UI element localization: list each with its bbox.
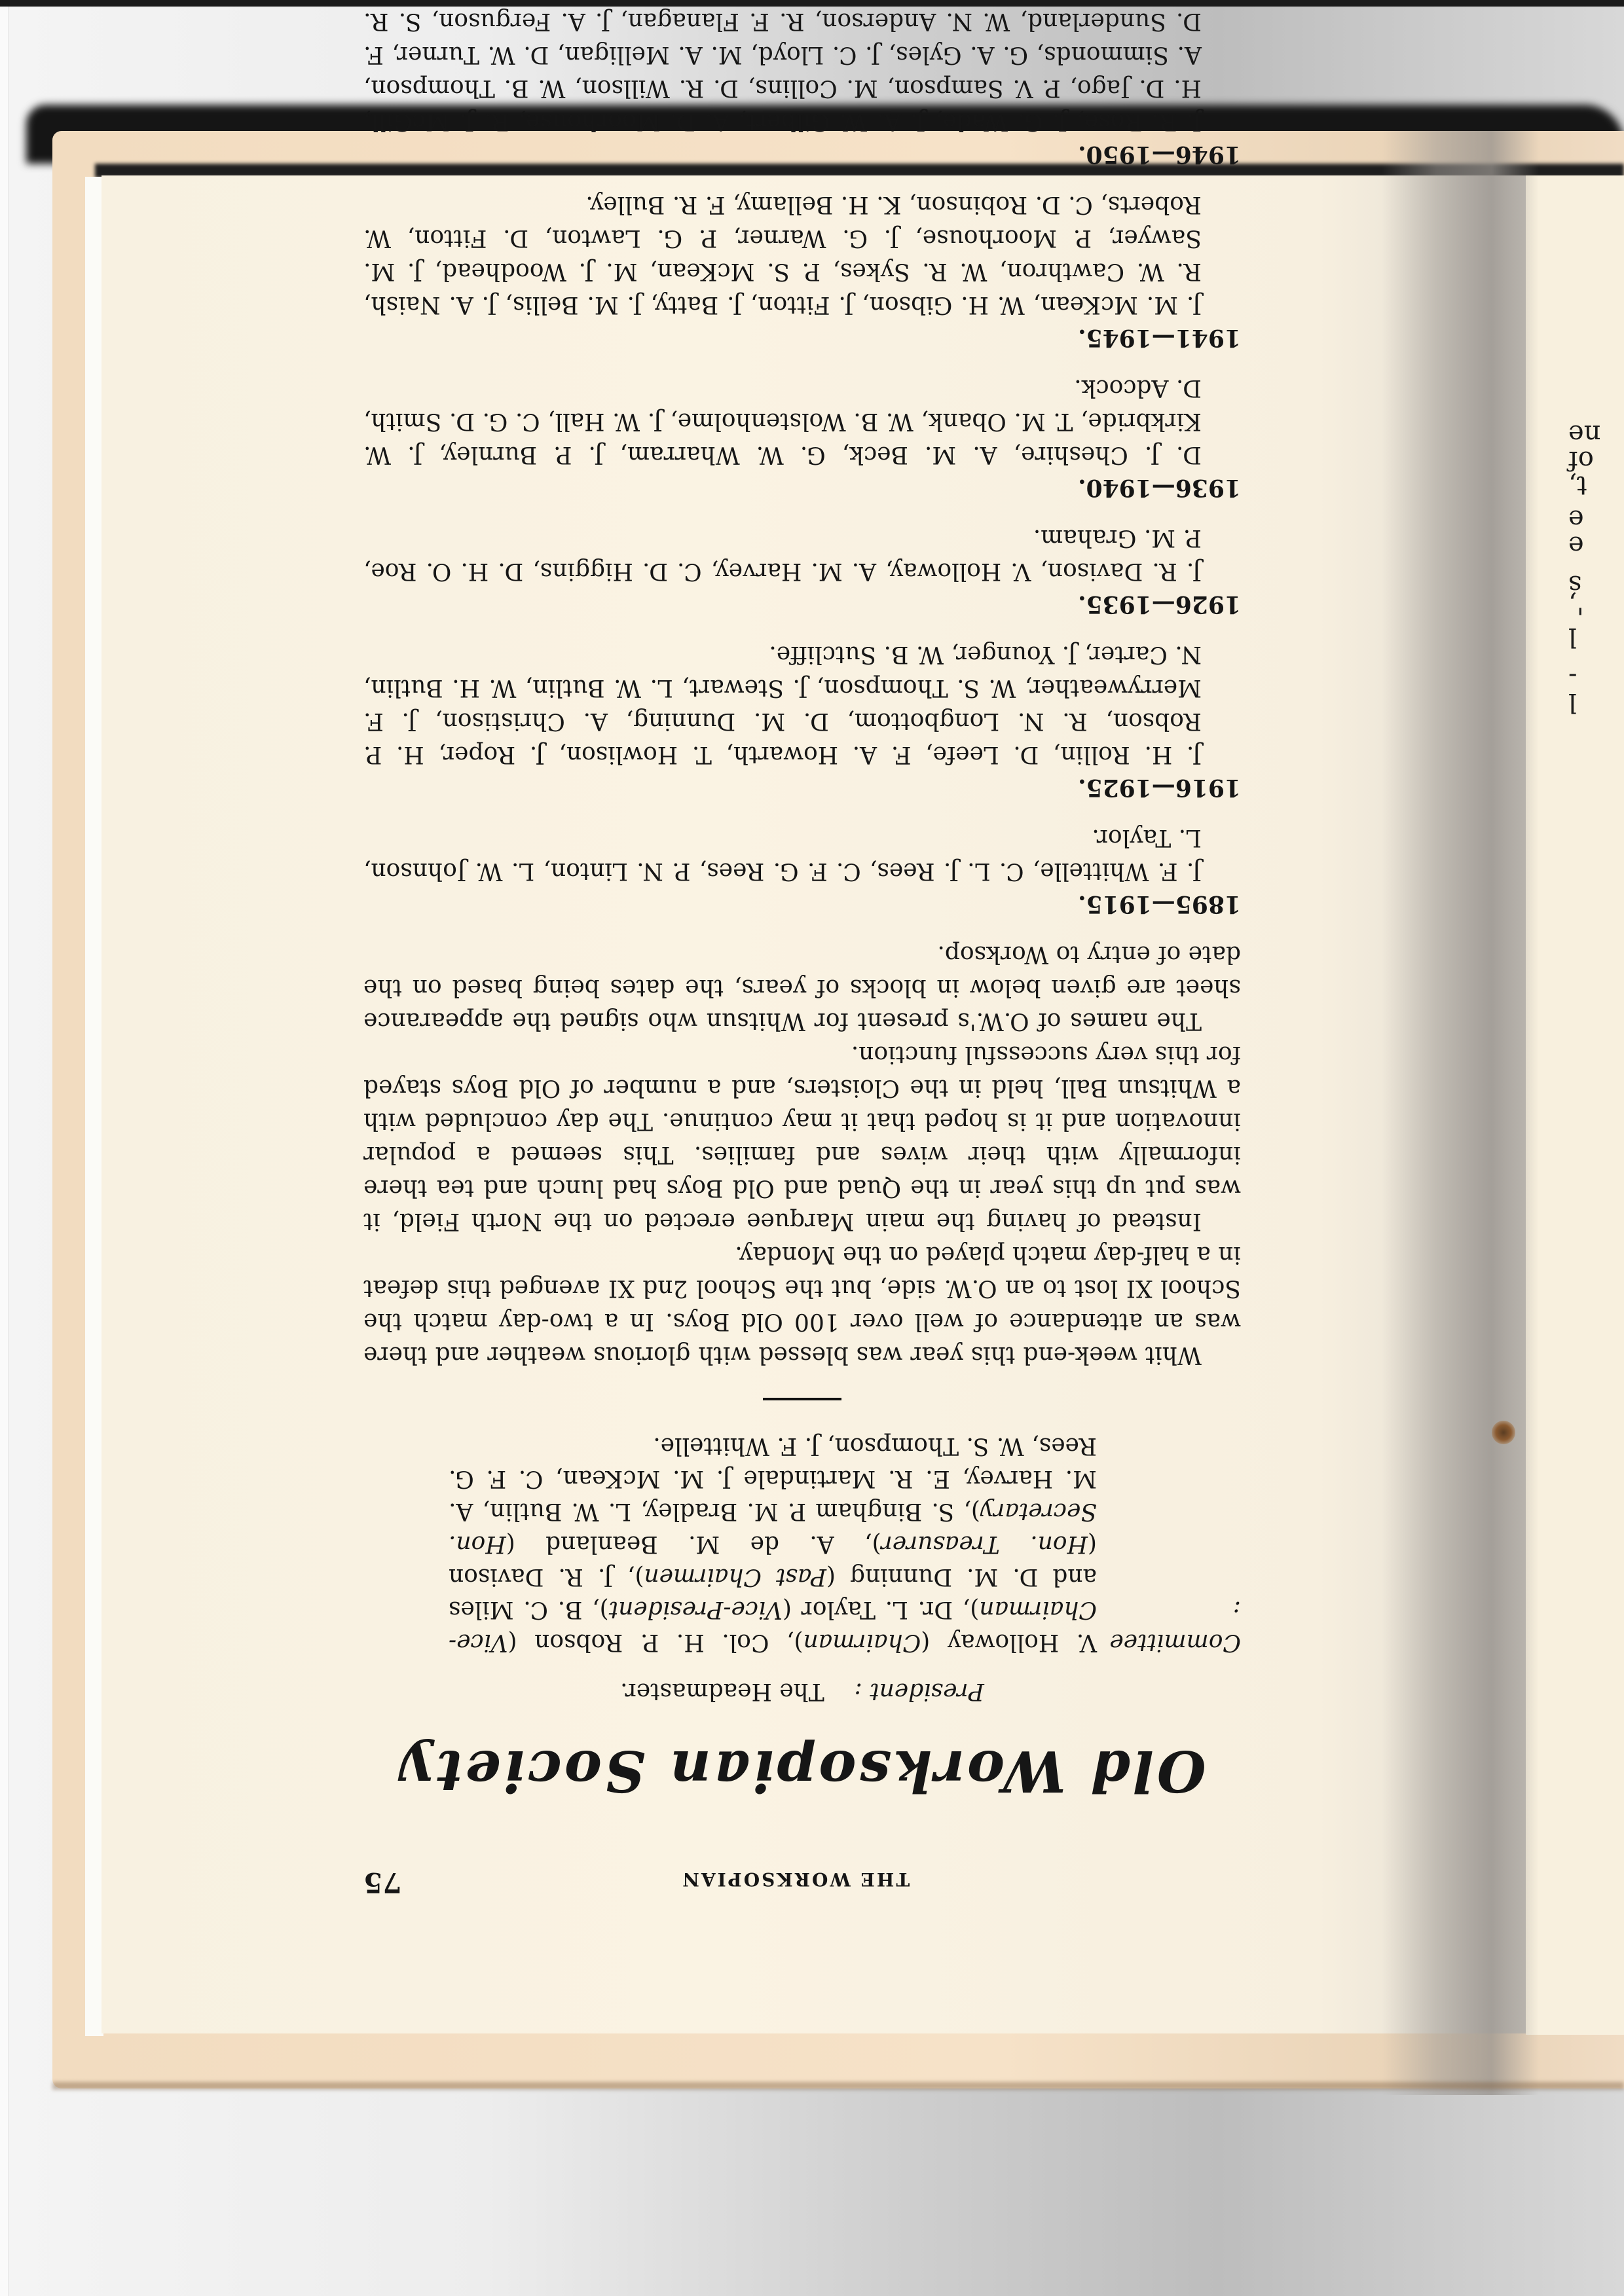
facing-page-fragment: l (1568, 622, 1577, 652)
paragraph-whit-weekend: Whit week-end this year was blessed with… (363, 1238, 1241, 1372)
year-block-names: J. F. Whittelle, C. L. J. Rees, C. F. G.… (363, 821, 1241, 888)
facing-page-fragment: ', (1568, 589, 1584, 619)
scanner-left-edge (0, 7, 9, 2296)
year-block-heading: 1926—1935. (363, 588, 1241, 621)
running-head: THE WORKSOPIAN 75 (363, 1867, 1241, 1899)
year-block-heading: 1941—1945. (363, 321, 1241, 354)
year-block-names: J. M. McKean, W. H. Gibson, J. Fitton, J… (363, 188, 1241, 321)
president-line: President : The Headmaster. (363, 1678, 1241, 1705)
article-title: Old Worksopian Society (363, 1738, 1241, 1804)
section-divider (763, 1398, 841, 1400)
president-label: President : (855, 1678, 984, 1705)
facing-page-fragment: e (1568, 530, 1584, 560)
paper-stain (1492, 1421, 1515, 1444)
year-block-names: J. R. Davison, V. Holloway, A. M. Harvey… (363, 521, 1241, 588)
year-block-heading: 1895—1915. (363, 888, 1241, 920)
year-block-heading: 1916—1925. (363, 771, 1241, 804)
committee-label: Committee : (1097, 1429, 1241, 1658)
cover-bottom-shadow (52, 2082, 1624, 2090)
paragraph-names-intro: The names of O.W.'s present for Whitsun … (363, 938, 1241, 1038)
year-block-heading: 1936—1940. (363, 471, 1241, 504)
year-block-names: J. H. Rollin, D. Leefe, F. A. Howarth, T… (363, 638, 1241, 771)
publication-title: THE WORKSOPIAN (401, 1868, 1189, 1890)
year-block-names: J. R. Rose, J. G. Wade, J. A. W. Gilbert… (363, 0, 1241, 138)
year-block-heading: 1946—1950. (363, 138, 1241, 171)
page-number: 75 (363, 1867, 401, 1899)
page-content: THE WORKSOPIAN 75 Old Worksopian Society… (363, 386, 1241, 1899)
page-edge-highlight (85, 177, 103, 2036)
paragraph-marquee: Instead of having the main Marquee erect… (363, 1038, 1241, 1238)
committee-members: V. Holloway (Chairman), Col. H. P. Robso… (363, 1429, 1097, 1658)
year-block-names: D. J. Cheshire, A. M. Beck, G. W. Wharra… (363, 371, 1241, 471)
president-value: The Headmaster. (620, 1678, 824, 1705)
facing-page-fragment: l (1568, 687, 1577, 718)
facing-page-fragment: t, (1568, 470, 1587, 500)
committee-list: Committee : V. Holloway (Chairman), Col.… (363, 1429, 1241, 1658)
